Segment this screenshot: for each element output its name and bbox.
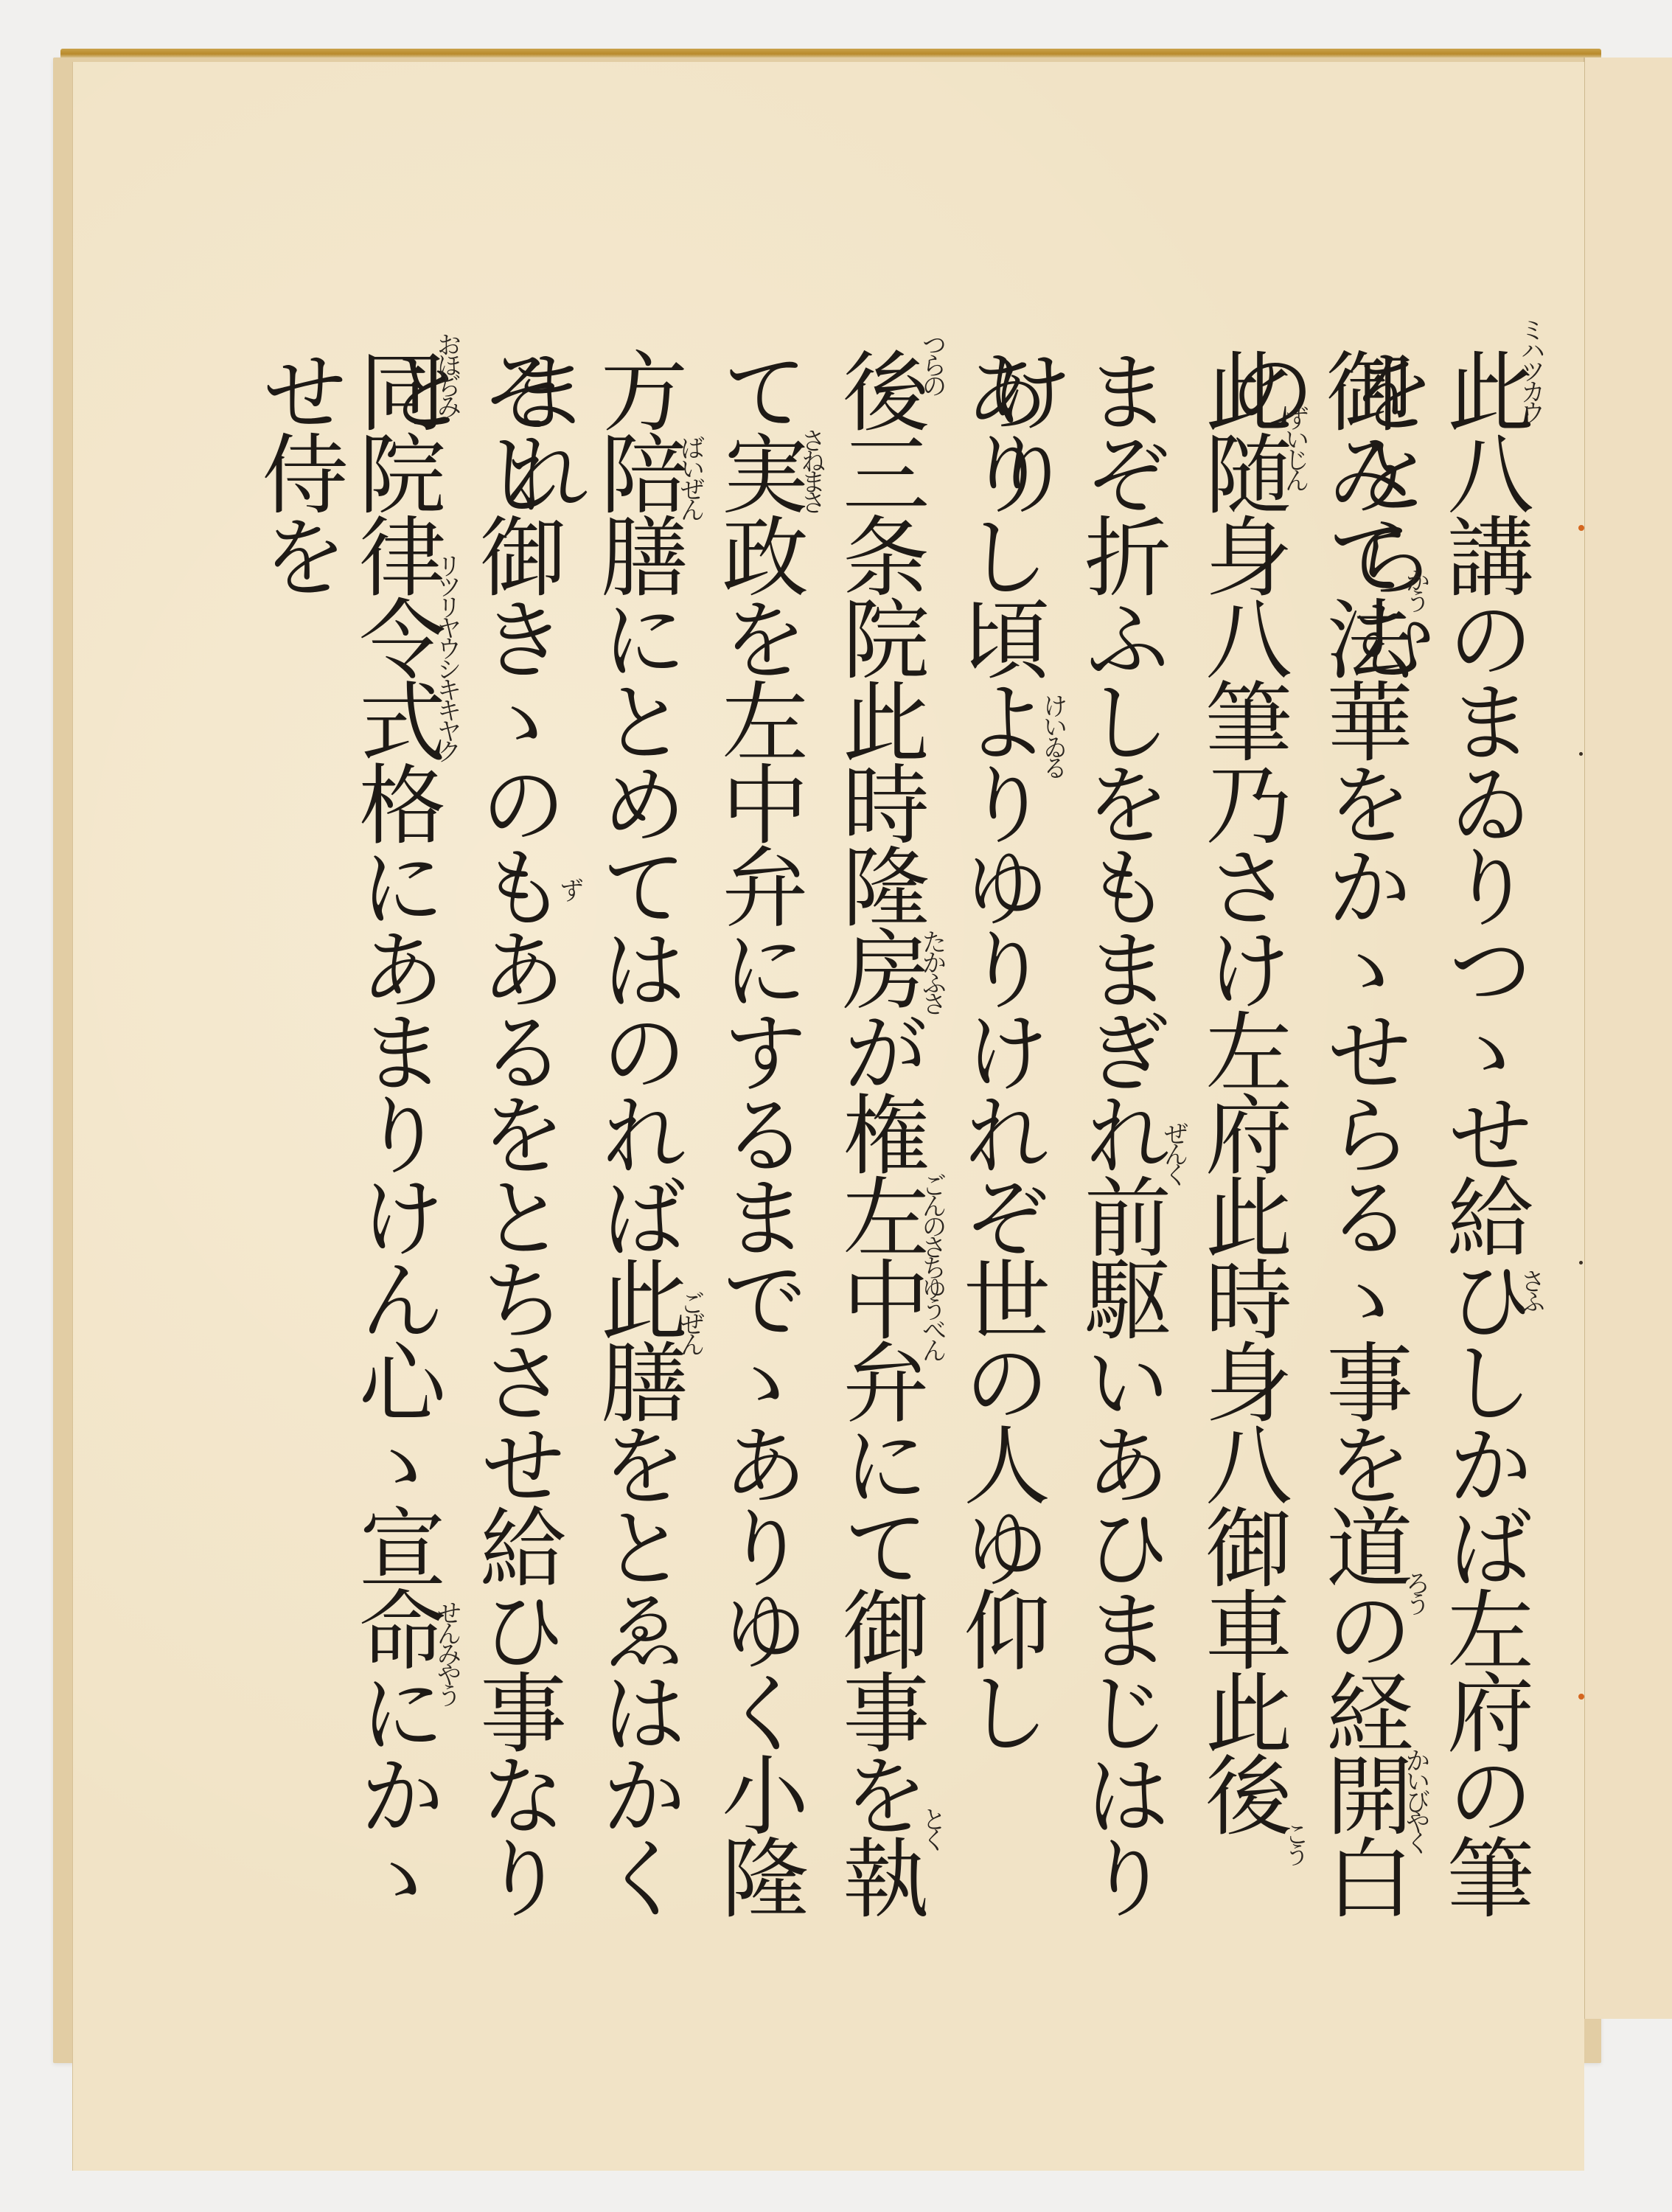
furigana: ごんのさちゆうべん	[919, 1172, 945, 1358]
furigana: リツリヤウシキキヤク	[433, 553, 460, 759]
text-column-2: 御みて法華をかゝせらるゝ事を道の経開白のかうろうかいびやく	[1314, 347, 1411, 1932]
furigana: おほぢみ	[433, 332, 460, 414]
text-column-5: ありし頃よりゆりけれぞ世の人ゆ仰しけいゐる	[951, 347, 1048, 1932]
furigana: さふ	[1517, 1268, 1544, 1310]
text-column-9: そし御きゝのもあるをとちさせ給ひ事なりとず	[467, 347, 565, 1932]
text-column-10: 同院律令式格にあまりけん心ゝ宣命にかゝせ侍をおほぢみリツリヤウシキキヤクせんみや…	[346, 347, 444, 1932]
column-text: て実政を左中弁にするまでゝありゆく小隆	[707, 347, 809, 1916]
furigana: ずいじん	[1281, 406, 1308, 488]
binding-hole	[1578, 525, 1584, 531]
furigana: とく	[919, 1806, 945, 1848]
furigana: さねまさ	[798, 428, 824, 510]
adjacent-page-edge	[1584, 58, 1672, 2019]
furigana: ぜんく	[1160, 1121, 1187, 1183]
text-column-1: 此八講のまゐりつゝせ給ひしかば左府の筆をとらむミハツカウさふ	[1435, 347, 1532, 1932]
furigana: ミハツカウ	[1517, 317, 1544, 420]
furigana: けいゐる	[1039, 693, 1066, 776]
furigana: ろう	[1402, 1571, 1429, 1612]
binding-hole	[1579, 1261, 1583, 1265]
furigana: たかふさ	[919, 929, 945, 1012]
gilt-page-edge	[60, 49, 1601, 58]
furigana: ばいぜん	[677, 435, 703, 518]
binding-hole	[1579, 752, 1583, 756]
column-text: 此随身八筆乃さけ左府此時身八御車此後	[1191, 347, 1292, 1833]
text-column-8: 方陪膳にとめてはのれば此膳をとゑはかくまればいぜんごぜん	[588, 347, 686, 1932]
text-columns: 此八講のまゐりつゝせ給ひしかば左府の筆をとらむミハツカウさふ 御みて法華をかゝせ…	[346, 347, 1532, 1932]
furigana: かう	[1402, 568, 1429, 609]
binding-hole	[1578, 1694, 1584, 1700]
text-column-3: 此随身八筆乃さけ左府此時身八御車此後ずいじんこう	[1193, 347, 1290, 1932]
furigana: せんみやう	[433, 1600, 460, 1703]
column-text: 後三条院此時隆房が権左中弁にて御事を執	[828, 347, 930, 1916]
text-column-4: まぞ折ふしをもまぎれ前駆いあひまじはりけりぜんく	[1072, 347, 1169, 1932]
text-column-6: 後三条院此時隆房が権左中弁にて御事を執つらのたかふさごんのさちゆうべんとく	[830, 347, 927, 1932]
furigana: つらの	[919, 332, 945, 394]
furigana: ごぜん	[677, 1290, 703, 1352]
furigana: かいびやく	[1402, 1747, 1429, 1851]
column-text: ありし頃よりゆりけれぞ世の人ゆ仰し	[949, 347, 1051, 1750]
furigana: ず	[556, 877, 582, 898]
text-column-7: て実政を左中弁にするまでゝありゆく小隆さねまさ	[709, 347, 807, 1932]
furigana: こう	[1281, 1821, 1308, 1863]
